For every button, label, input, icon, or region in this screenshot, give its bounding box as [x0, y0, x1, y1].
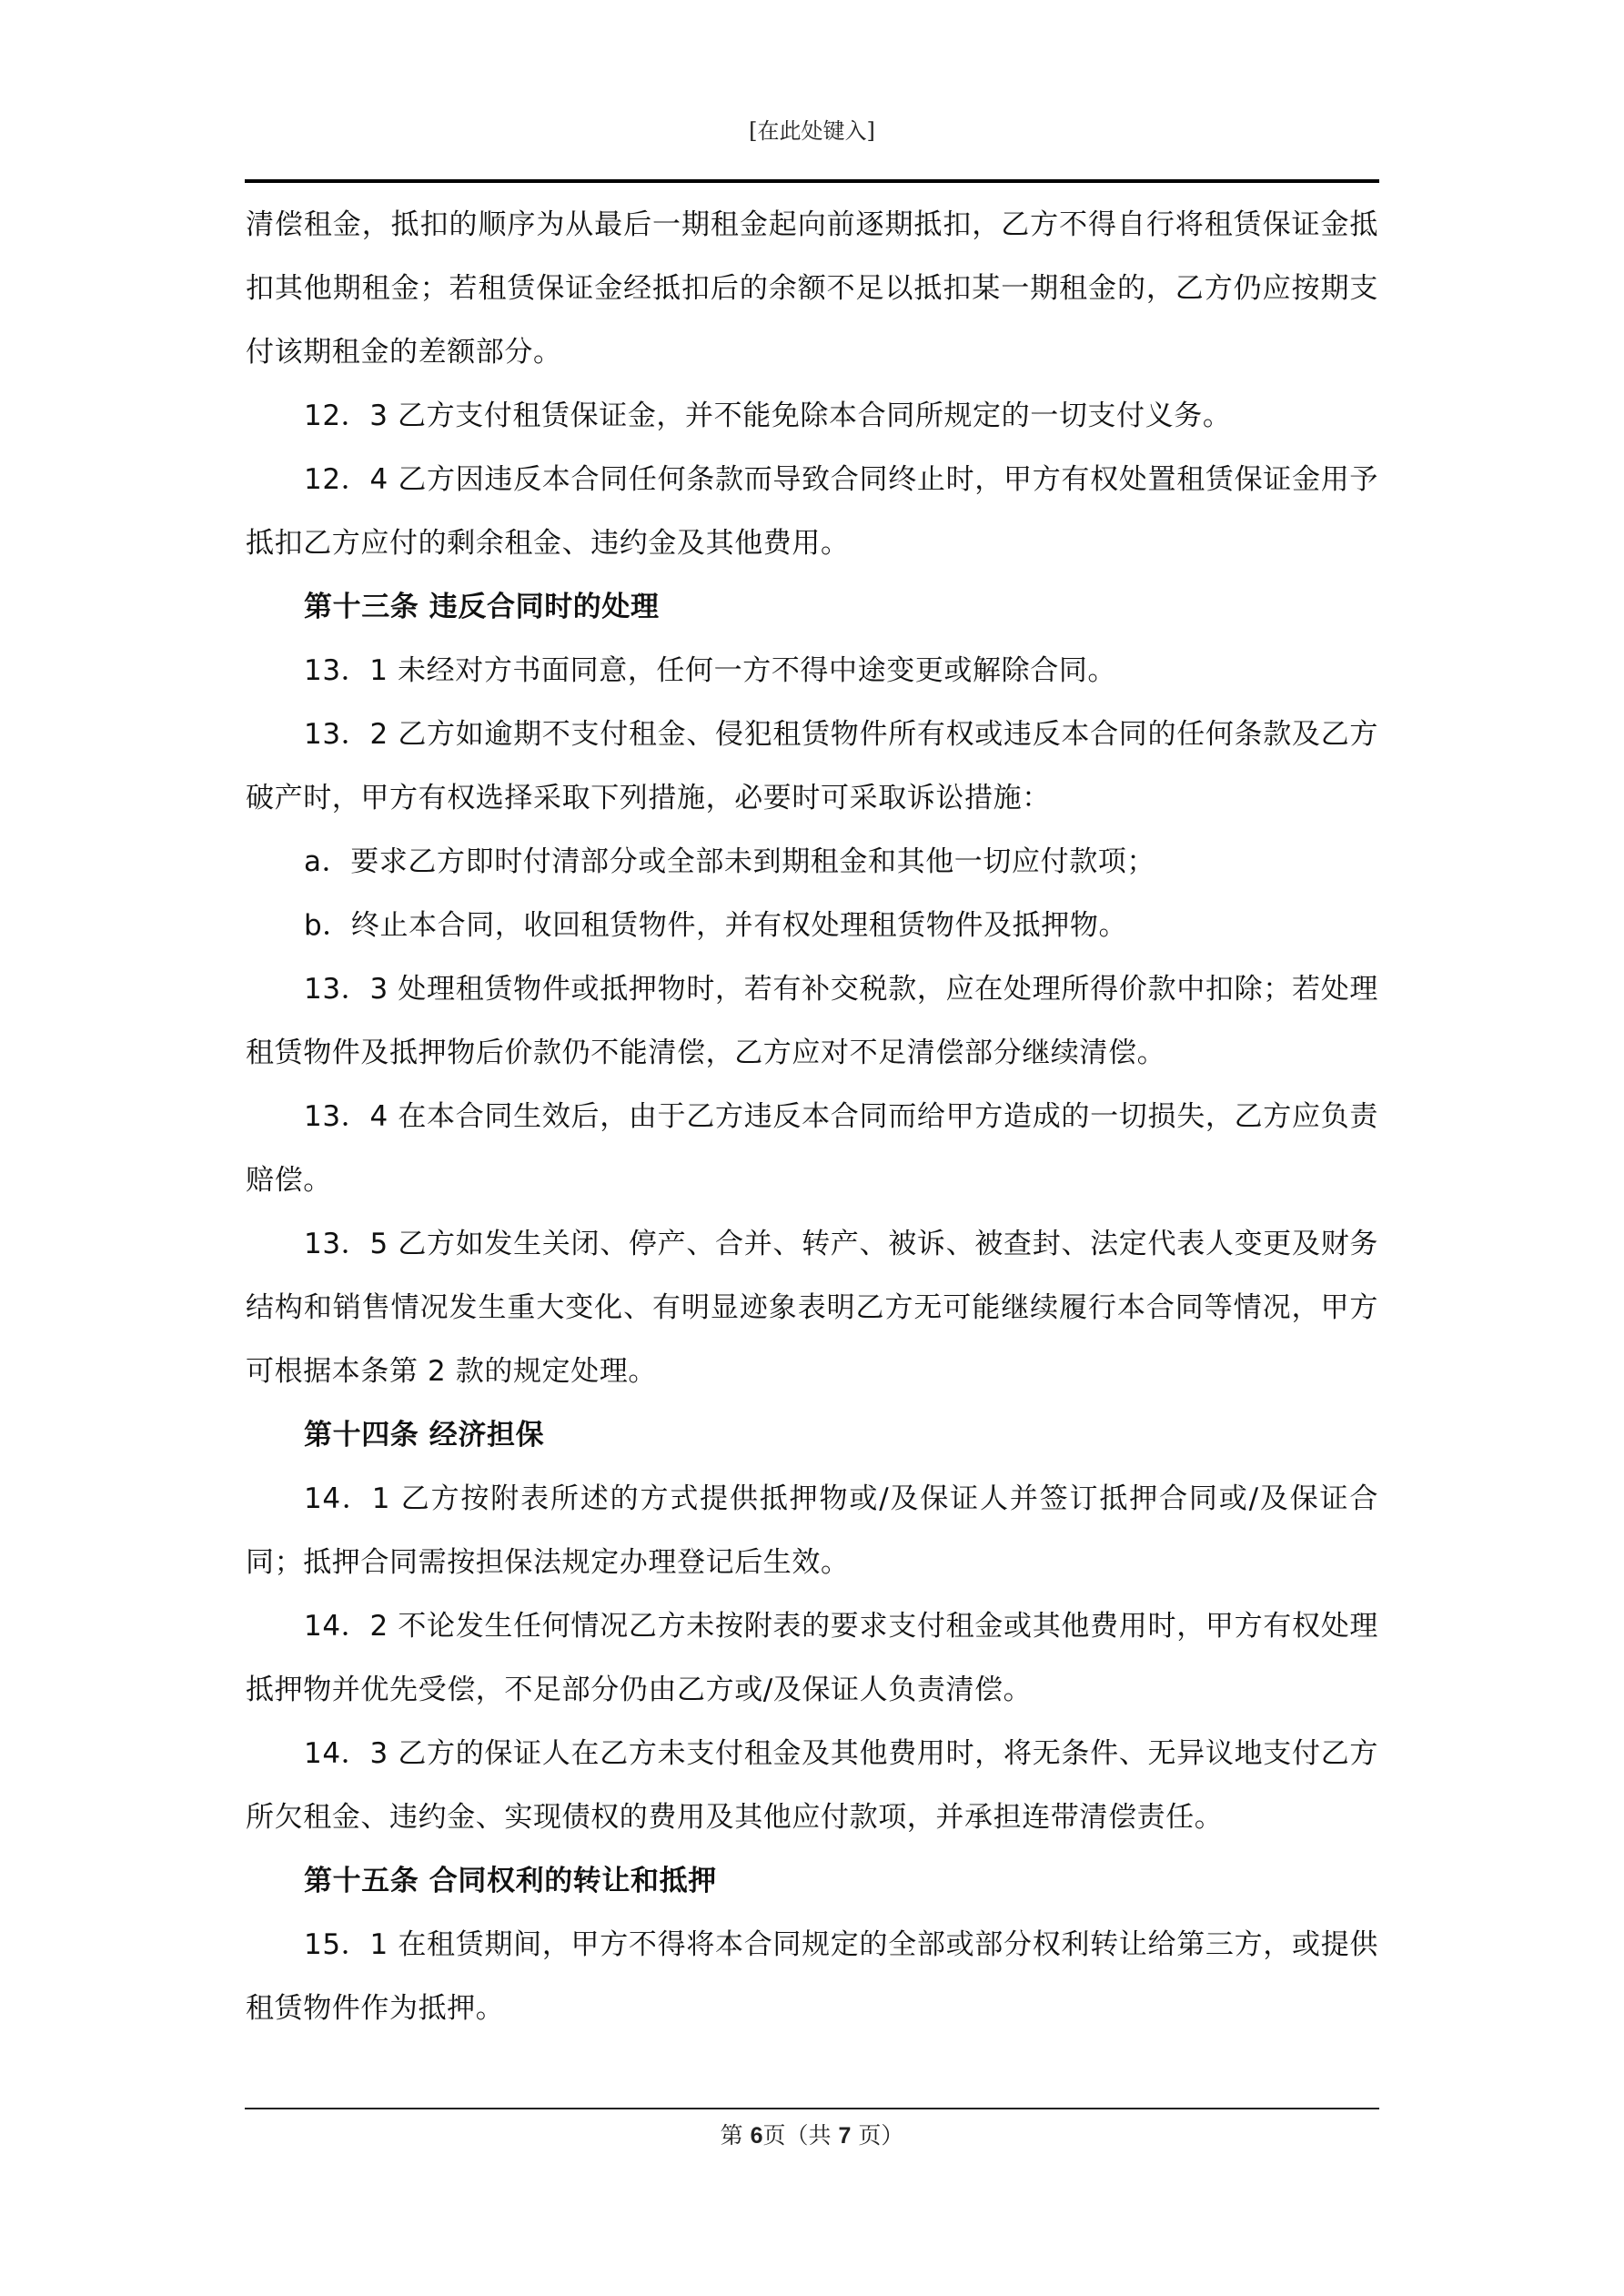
clause-13-5: 13．5 乙方如发生关闭、停产、合并、转产、被诉、被查封、法定代表人变更及财务结…: [246, 1212, 1378, 1403]
current-page-number: 6: [751, 2123, 763, 2149]
article-15-heading: 第十五条 合同权利的转让和抵押: [246, 1849, 1378, 1913]
clause-13-4: 13．4 在本合同生效后，由于乙方违反本合同而给甲方造成的一切损失，乙方应负责赔…: [246, 1085, 1378, 1212]
clause-13-2-a: a．要求乙方即时付清部分或全部未到期租金和其他一切应付款项；: [246, 830, 1378, 894]
page-header-text: [在此处键入]: [0, 113, 1624, 145]
clause-14-2: 14．2 不论发生任何情况乙方未按附表的要求支付租金或其他费用时，甲方有权处理抵…: [246, 1594, 1378, 1722]
total-pages-number: 7: [838, 2123, 851, 2149]
paragraph-continuation: 清偿租金，抵扣的顺序为从最后一期租金起向前逐期抵扣，乙方不得自行将租赁保证金抵扣…: [246, 193, 1378, 384]
footer-middle: 页（共: [763, 2122, 839, 2149]
clause-13-2: 13．2 乙方如逾期不支付租金、侵犯租赁物件所有权或违反本合同的任何条款及乙方破…: [246, 703, 1378, 830]
clause-13-3: 13．3 处理租赁物件或抵押物时，若有补交税款，应在处理所得价款中扣除；若处理租…: [246, 957, 1378, 1085]
footer-prefix: 第: [721, 2122, 751, 2149]
footer-suffix: 页）: [851, 2122, 903, 2149]
footer-divider: [245, 2108, 1379, 2109]
clause-14-1: 14．1 乙方按附表所述的方式提供抵押物或/及保证人并签订抵押合同或/及保证合同…: [246, 1467, 1378, 1594]
clause-14-3: 14．3 乙方的保证人在乙方未支付租金及其他费用时，将无条件、无异议地支付乙方所…: [246, 1722, 1378, 1849]
clause-13-2-b: b．终止本合同，收回租赁物件，并有权处理租赁物件及抵押物。: [246, 894, 1378, 957]
clause-13-1: 13．1 未经对方书面同意，任何一方不得中途变更或解除合同。: [246, 639, 1378, 703]
document-body: 清偿租金，抵扣的顺序为从最后一期租金起向前逐期抵扣，乙方不得自行将租赁保证金抵扣…: [246, 193, 1378, 2040]
article-14-heading: 第十四条 经济担保: [246, 1403, 1378, 1467]
page-number-footer: 第 6页（共 7 页）: [0, 2118, 1624, 2150]
header-divider: [245, 179, 1379, 183]
clause-12-4: 12．4 乙方因违反本合同任何条款而导致合同终止时，甲方有权处置租赁保证金用予抵…: [246, 448, 1378, 575]
clause-12-3: 12．3 乙方支付租赁保证金，并不能免除本合同所规定的一切支付义务。: [246, 384, 1378, 448]
article-13-heading: 第十三条 违反合同时的处理: [246, 575, 1378, 639]
clause-15-1: 15．1 在租赁期间，甲方不得将本合同规定的全部或部分权利转让给第三方，或提供租…: [246, 1913, 1378, 2040]
